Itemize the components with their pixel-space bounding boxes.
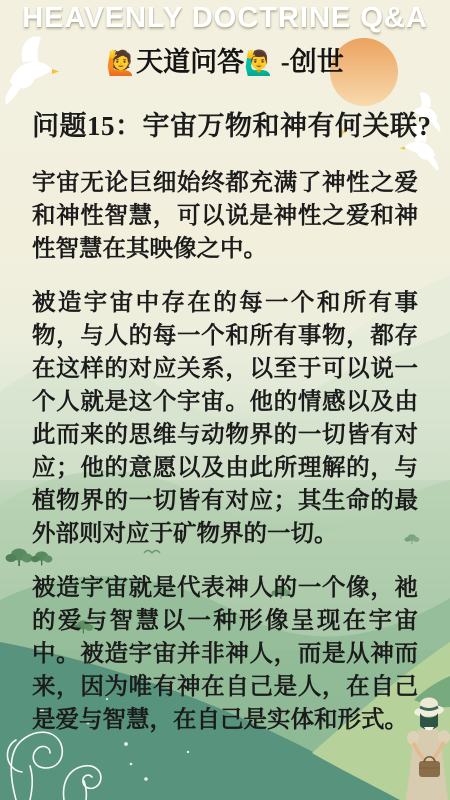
subtitle: 🙋天道问答🙋‍♂️ -创世 bbox=[0, 40, 450, 79]
subtitle-text: 天道问答 bbox=[136, 47, 244, 77]
body-paragraph-1: 宇宙无论巨细始终都充满了神性之爱和神性智慧，可以说是神性之爱和神性智慧在其映像之… bbox=[32, 167, 418, 266]
poster: HEAVENLY DOCTRINE Q&A 🙋天道问答🙋‍♂️ -创世 问题15… bbox=[0, 0, 450, 800]
body-paragraph-2: 被造宇宙中存在的每一个和所有事物，与人的每一个和所有事物，都存在这样的对应关系，… bbox=[32, 287, 418, 551]
page-title: HEAVENLY DOCTRINE Q&A bbox=[0, 2, 450, 35]
article-content: 问题15：宇宙万物和神有何关联? 宇宙无论巨细始终都充满了神性之爱和神性智慧，可… bbox=[32, 104, 418, 737]
text-layer: HEAVENLY DOCTRINE Q&A 🙋天道问答🙋‍♂️ -创世 问题15… bbox=[0, 0, 450, 800]
question-title: 问题15：宇宙万物和神有何关联? bbox=[32, 104, 418, 143]
body-paragraph-3: 被造宇宙就是代表神人的一个像，祂的爱与智慧以一种形像呈现在宇宙中。被造宇宙并非神… bbox=[32, 572, 418, 737]
woman-raising-hand-emoji-icon: 🙋 bbox=[106, 49, 136, 77]
man-raising-hand-emoji-icon: 🙋‍♂️ bbox=[244, 49, 274, 77]
subtitle-suffix: -创世 bbox=[274, 47, 344, 77]
